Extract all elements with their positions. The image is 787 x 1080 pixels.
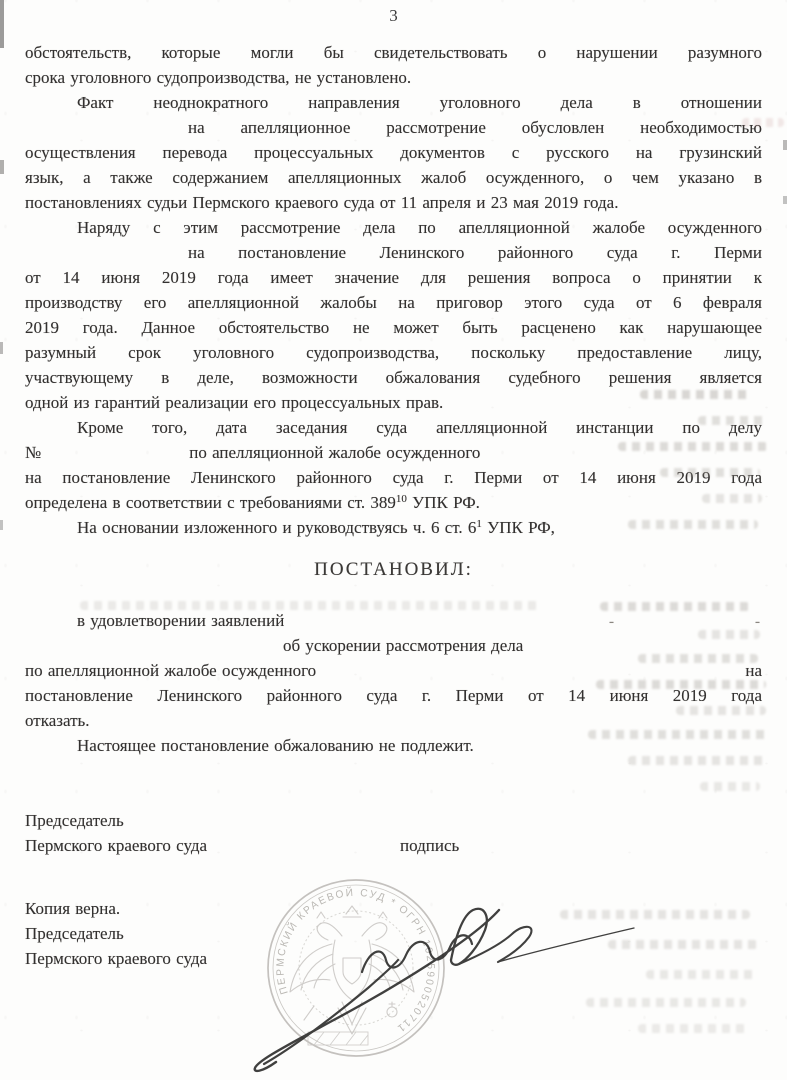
signoff-court-name: Пермского краевого суда xyxy=(25,836,207,855)
bleed-through-artifact xyxy=(700,782,760,791)
signoff-title-line2: Пермского краевого суда подпись xyxy=(25,833,762,858)
paragraph-line: язык, а также содержанием апелляционных … xyxy=(25,165,762,190)
paragraph-line: производству его апелляционной жалобы на… xyxy=(25,290,762,315)
operative-text: по апелляционной жалобе осужденного xyxy=(25,658,316,683)
scan-artifact xyxy=(783,140,787,150)
statute-text: УПК РФ. xyxy=(407,493,480,512)
paragraph-line: 2019 года. Данное обстоятельство не може… xyxy=(25,315,762,340)
bleed-through-artifact xyxy=(618,442,768,451)
paragraph-line: на постановление Ленинского районного су… xyxy=(25,465,762,490)
paragraph-line: от 14 июня 2019 года имеет значение для … xyxy=(25,265,762,290)
bleed-through-artifact xyxy=(640,390,750,399)
signoff-block: Председатель Пермского краевого суда под… xyxy=(25,808,762,858)
bleed-through-artifact xyxy=(608,940,758,949)
bleed-through-artifact xyxy=(646,970,756,979)
certification-block: Копия верна. Председатель Пермского крае… xyxy=(25,896,762,971)
scan-artifact xyxy=(0,520,3,530)
seal-bottom-box xyxy=(308,1032,368,1045)
operative-text: в удовлетворении заявлений xyxy=(77,611,284,630)
paragraph-line-after-redaction: на апелляционное рассмотрение обусловлен… xyxy=(25,115,762,140)
statute-superscript: 10 xyxy=(396,493,407,505)
statute-text: определена в соответствии с требованиями… xyxy=(25,493,396,512)
bleed-through-artifact xyxy=(660,468,760,477)
operative-line: в удовлетворении заявлений - - xyxy=(25,608,762,633)
bleed-through-artifact xyxy=(698,416,768,425)
scan-artifact xyxy=(0,0,4,48)
signoff-title-line1: Председатель xyxy=(25,808,762,833)
bleed-through-artifact xyxy=(628,756,768,765)
paragraph-line: Наряду с этим рассмотрение дела по апелл… xyxy=(25,215,762,240)
paragraph-line: обстоятельств, которые могли бы свидетел… xyxy=(25,40,762,65)
bleed-through-artifact xyxy=(586,998,746,1007)
certification-court-name: Пермского краевого суда xyxy=(25,946,762,971)
paragraph-line: постановлениях судьи Пермского краевого … xyxy=(25,190,762,215)
bleed-through-artifact xyxy=(676,706,766,715)
bleed-through-artifact xyxy=(742,118,784,127)
scan-artifact xyxy=(0,160,4,174)
case-number-sign: № xyxy=(25,440,41,465)
paragraph-line-with-superscript: определена в соответствии с требованиями… xyxy=(25,490,762,515)
bleed-through-artifact xyxy=(638,1024,748,1033)
paragraph-line: срока уголовного судопроизводства, не ус… xyxy=(25,65,762,90)
paragraph-line-after-redaction: на постановление Ленинского районного су… xyxy=(25,240,762,265)
bleed-through-artifact xyxy=(638,654,758,663)
page-number: 3 xyxy=(0,6,787,26)
resolution-heading: ПОСТАНОВИЛ: xyxy=(25,557,762,583)
paragraph-line: разумный срок уголовного судопроизводств… xyxy=(25,340,762,365)
redaction-dash: - xyxy=(557,610,614,635)
bleed-through-artifact xyxy=(588,730,768,739)
bleed-through-artifact xyxy=(698,630,760,639)
bleed-through-artifact xyxy=(560,910,750,919)
bleed-through-artifact xyxy=(596,680,766,689)
scan-artifact xyxy=(0,342,3,354)
paragraph-line: осуществления перевода процессуальных до… xyxy=(25,140,762,165)
signature-placeholder-note: подпись xyxy=(400,833,459,858)
statute-text: На основании изложенного и руководствуяс… xyxy=(77,518,476,537)
bleed-through-artifact xyxy=(80,601,540,610)
bleed-through-artifact xyxy=(628,520,758,529)
scan-artifact xyxy=(783,196,787,204)
paragraph-line: участвующему в деле, возможности обжалов… xyxy=(25,365,762,390)
bleed-through-artifact xyxy=(702,494,762,503)
paragraph-line-after-redaction: по апелляционной жалобе осужденного xyxy=(189,440,480,465)
statute-text: УПК РФ, xyxy=(482,518,555,537)
paragraph-line: Факт неоднократного направления уголовно… xyxy=(25,90,762,115)
document-body: обстоятельств, которые могли бы свидетел… xyxy=(25,40,762,971)
bleed-through-artifact xyxy=(600,602,750,611)
paragraph-line: Кроме того, дата заседания суда апелляци… xyxy=(25,415,762,440)
scanned-court-document: { "page": { "number": "3" }, "body": { "… xyxy=(0,0,787,1080)
